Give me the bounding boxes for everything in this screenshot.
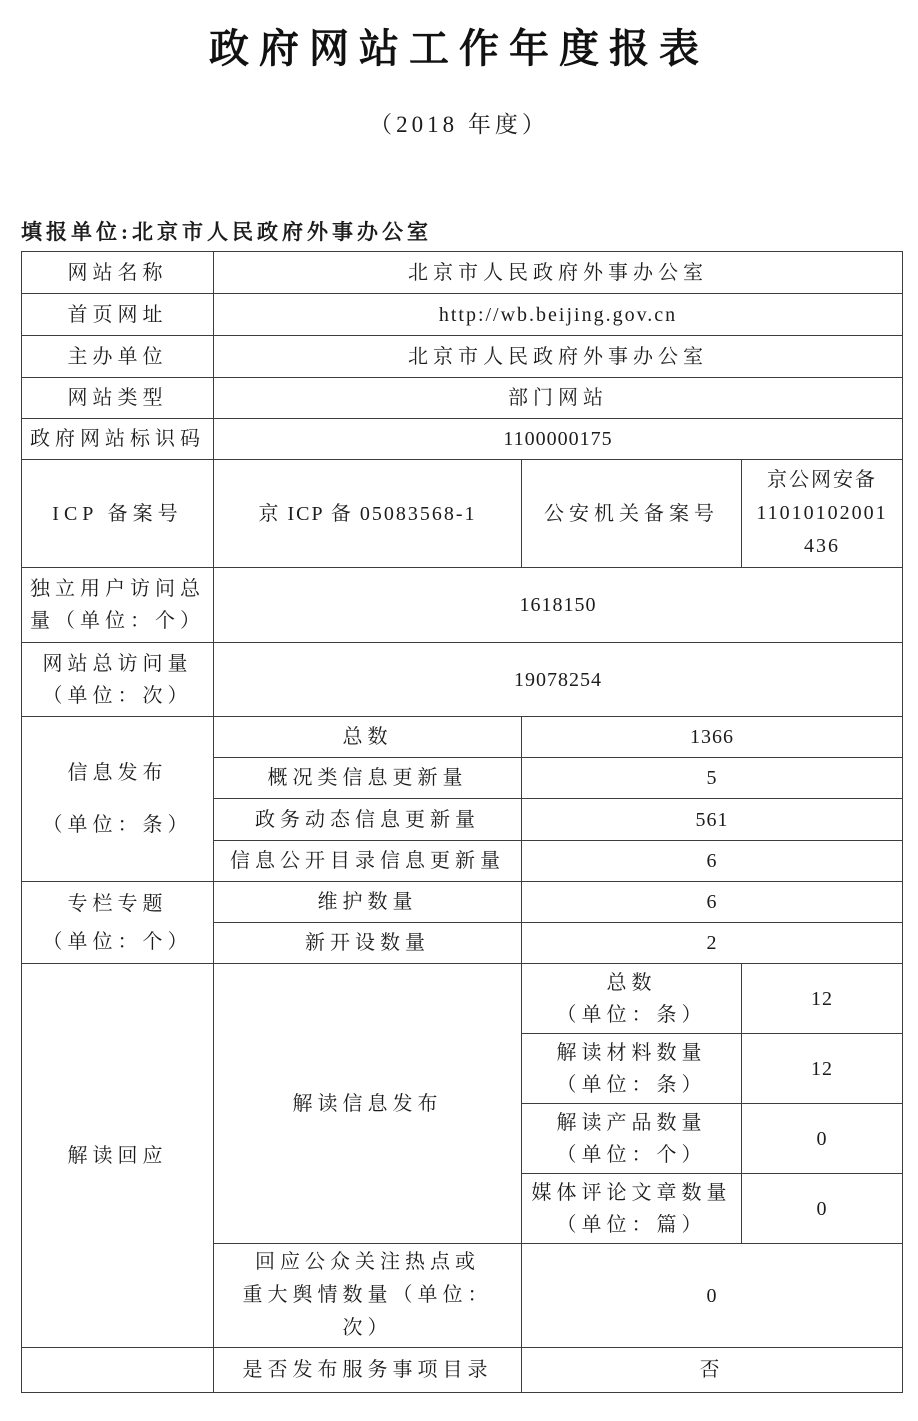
gov-news-update-label: 政务动态信息更新量 xyxy=(214,799,522,841)
report-page: 政府网站工作年度报表 （2018 年度） 填报单位:北京市人民政府外事办公室 网… xyxy=(0,25,918,1393)
unique-visitors-row: 独立用户访问总量（单位：个） 1618150 xyxy=(22,568,903,643)
info-total-label: 总数 xyxy=(214,717,522,758)
site-name-row: 网站名称 北京市人民政府外事办公室 xyxy=(22,252,903,294)
report-table: 网站名称 北京市人民政府外事办公室 首页网址 http://wb.beijing… xyxy=(21,251,903,1393)
homepage-url-row: 首页网址 http://wb.beijing.gov.cn xyxy=(22,294,903,336)
interp-product-value: 0 xyxy=(742,1104,903,1174)
service-directory-value: 否 xyxy=(522,1348,903,1393)
info-disclosure-update-label: 信息公开目录信息更新量 xyxy=(214,841,522,882)
interp-total-row: 解读回应 解读信息发布 总数 （单位：条） 12 xyxy=(22,964,903,1034)
site-type-label: 网站类型 xyxy=(22,378,214,419)
hotspot-response-label: 回应公众关注热点或 重大舆情数量（单位： 次） xyxy=(214,1244,522,1348)
page-subtitle: （2018 年度） xyxy=(0,109,918,141)
service-directory-row: 是否发布服务事项目录 否 xyxy=(22,1348,903,1393)
media-comment-value: 0 xyxy=(742,1174,903,1244)
maintained-count-label: 维护数量 xyxy=(214,882,522,923)
site-name-value: 北京市人民政府外事办公室 xyxy=(214,252,903,294)
gov-news-update-value: 561 xyxy=(522,799,903,841)
interpretation-publish-label: 解读信息发布 xyxy=(214,964,522,1244)
total-visits-row: 网站总访问量（单位：次） 19078254 xyxy=(22,643,903,717)
unique-visitors-label: 独立用户访问总量（单位：个） xyxy=(22,568,214,643)
service-directory-label: 是否发布服务事项目录 xyxy=(214,1348,522,1393)
site-code-value: 1100000175 xyxy=(214,419,903,460)
page-title: 政府网站工作年度报表 xyxy=(0,25,918,73)
site-code-label: 政府网站标识码 xyxy=(22,419,214,460)
info-total-value: 1366 xyxy=(522,717,903,758)
interp-product-label: 解读产品数量 （单位：个） xyxy=(522,1104,742,1174)
sponsor-value: 北京市人民政府外事办公室 xyxy=(214,336,903,378)
special-topics-section-label: 专栏专题 （单位：个） xyxy=(22,882,214,964)
new-count-value: 2 xyxy=(522,923,903,964)
interpretation-section-label: 解读回应 xyxy=(22,964,214,1348)
maintained-count-row: 专栏专题 （单位：个） 维护数量 6 xyxy=(22,882,903,923)
info-disclosure-update-value: 6 xyxy=(522,841,903,882)
filling-unit: 填报单位:北京市人民政府外事办公室 xyxy=(21,219,918,246)
overview-update-label: 概况类信息更新量 xyxy=(214,758,522,799)
security-filing-label: 公安机关备案号 xyxy=(522,460,742,568)
interp-total-value: 12 xyxy=(742,964,903,1034)
icp-label: ICP 备案号 xyxy=(22,460,214,568)
empty-section-cell xyxy=(22,1348,214,1393)
security-filing-value: 京公网安备 11010102001 436 xyxy=(742,460,903,568)
total-visits-value: 19078254 xyxy=(214,643,903,717)
homepage-url-label: 首页网址 xyxy=(22,294,214,336)
overview-update-value: 5 xyxy=(522,758,903,799)
maintained-count-value: 6 xyxy=(522,882,903,923)
media-comment-label: 媒体评论文章数量 （单位：篇） xyxy=(522,1174,742,1244)
unique-visitors-value: 1618150 xyxy=(214,568,903,643)
site-name-label: 网站名称 xyxy=(22,252,214,294)
interp-material-label: 解读材料数量 （单位：条） xyxy=(522,1034,742,1104)
hotspot-response-value: 0 xyxy=(522,1244,903,1348)
total-visits-label: 网站总访问量（单位：次） xyxy=(22,643,214,717)
interp-total-label: 总数 （单位：条） xyxy=(522,964,742,1034)
interp-material-value: 12 xyxy=(742,1034,903,1104)
site-type-row: 网站类型 部门网站 xyxy=(22,378,903,419)
sponsor-row: 主办单位 北京市人民政府外事办公室 xyxy=(22,336,903,378)
new-count-label: 新开设数量 xyxy=(214,923,522,964)
info-publish-section-label: 信息发布 （单位：条） xyxy=(22,717,214,882)
site-code-row: 政府网站标识码 1100000175 xyxy=(22,419,903,460)
sponsor-label: 主办单位 xyxy=(22,336,214,378)
icp-row: ICP 备案号 京 ICP 备 05083568-1 公安机关备案号 京公网安备… xyxy=(22,460,903,568)
info-total-row: 信息发布 （单位：条） 总数 1366 xyxy=(22,717,903,758)
icp-value: 京 ICP 备 05083568-1 xyxy=(214,460,522,568)
homepage-url-value: http://wb.beijing.gov.cn xyxy=(214,294,903,336)
site-type-value: 部门网站 xyxy=(214,378,903,419)
